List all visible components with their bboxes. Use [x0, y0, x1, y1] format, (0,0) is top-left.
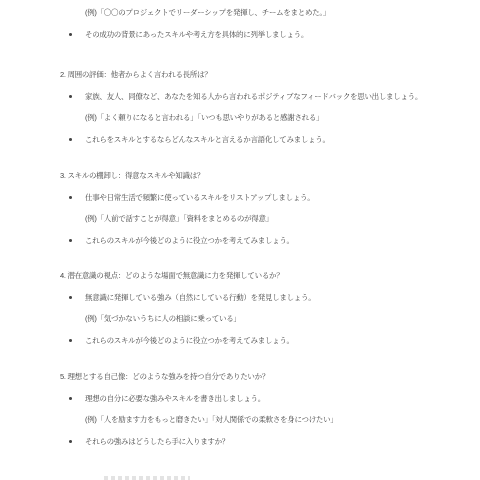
- bullet-item: 仕事や日常生活で頻繁に使っているスキルをリストアップしましょう。: [0, 187, 480, 209]
- bullet-text: これらのスキルが今後どのように役立つかを考えてみましょう。: [85, 336, 294, 345]
- bullet-icon: [69, 95, 72, 98]
- section-heading: 5. 理想とする自己像：どのような強みを持つ自分でありたいか？: [0, 366, 480, 388]
- bullet-text: 仕事や日常生活で頻繁に使っているスキルをリストアップしましょう。: [85, 193, 314, 202]
- example-line: (例)「〇〇のプロジェクトでリーダーシップを発揮し、チームをまとめた。」: [0, 2, 480, 24]
- bullet-icon: [69, 339, 72, 342]
- bullet-icon: [69, 196, 72, 199]
- section-heading: 2. 周囲の評価：他者からよく言われる長所は？: [0, 64, 480, 86]
- bullet-item: 家族、友人、同僚など、あなたを知る人から言われるポジティブなフィードバックを思い…: [0, 86, 480, 108]
- bullet-item: これらのスキルが今後どのように役立つかを考えてみましょう。: [0, 230, 480, 252]
- bullet-text: これらのスキルが今後どのように役立つかを考えてみましょう。: [85, 236, 294, 245]
- partially-visible-next-line: [104, 476, 190, 480]
- example-line: (例)「よく頼りになると言われる」「いつも思いやりがあると感謝される」: [0, 107, 480, 129]
- bullet-icon: [69, 239, 72, 242]
- bullet-item: 理想の自分に必要な強みやスキルを書き出しましょう。: [0, 388, 480, 410]
- bullet-text: 無意識に発揮している強み（自然にしている行動）を発見しましょう。: [85, 293, 315, 302]
- bullet-item: その成功の背景にあったスキルや考え方を具体的に列挙しましょう。: [0, 24, 480, 46]
- section-5: 5. 理想とする自己像：どのような強みを持つ自分でありたいか？ 理想の自分に必要…: [0, 366, 480, 452]
- bullet-icon: [69, 138, 72, 141]
- bullet-icon: [69, 33, 72, 36]
- section-2: 2. 周囲の評価：他者からよく言われる長所は？ 家族、友人、同僚など、あなたを知…: [0, 64, 480, 150]
- bullet-text: これらをスキルとするならどんなスキルと言えるか言語化してみましょう。: [85, 135, 330, 144]
- section-heading: 4. 潜在意識の視点：どのような場面で無意識に力を発揮しているか？: [0, 265, 480, 287]
- section-4: 4. 潜在意識の視点：どのような場面で無意識に力を発揮しているか？ 無意識に発揮…: [0, 265, 480, 351]
- bullet-item: それらの強みはどうしたら手に入りますか？: [0, 431, 480, 453]
- bullet-text: それらの強みはどうしたら手に入りますか？: [85, 437, 229, 446]
- bullet-item: これらをスキルとするならどんなスキルと言えるか言語化してみましょう。: [0, 129, 480, 151]
- bullet-item: 無意識に発揮している強み（自然にしている行動）を発見しましょう。: [0, 287, 480, 309]
- example-line: (例)「人を励ます力をもっと磨きたい」「対人関係での柔軟さを身につけたい」: [0, 409, 480, 431]
- example-line: (例)「人前で話すことが得意」「資料をまとめるのが得意」: [0, 208, 480, 230]
- bullet-item: これらのスキルが今後どのように役立つかを考えてみましょう。: [0, 330, 480, 352]
- bullet-icon: [69, 397, 72, 400]
- bullet-icon: [69, 296, 72, 299]
- document-page: (例)「〇〇のプロジェクトでリーダーシップを発揮し、チームをまとめた。」 その成…: [0, 0, 480, 480]
- bullet-text: 理想の自分に必要な強みやスキルを書き出しましょう。: [85, 394, 265, 403]
- section-1-partial: (例)「〇〇のプロジェクトでリーダーシップを発揮し、チームをまとめた。」 その成…: [0, 2, 480, 45]
- section-3: 3. スキルの棚卸し：得意なスキルや知識は？ 仕事や日常生活で頻繁に使っているス…: [0, 165, 480, 251]
- bullet-text: 家族、友人、同僚など、あなたを知る人から言われるポジティブなフィードバックを思い…: [85, 92, 422, 101]
- example-line: (例)「気づかないうちに人の相談に乗っている」: [0, 308, 480, 330]
- section-heading: 3. スキルの棚卸し：得意なスキルや知識は？: [0, 165, 480, 187]
- bullet-icon: [69, 440, 72, 443]
- bullet-text: その成功の背景にあったスキルや考え方を具体的に列挙しましょう。: [85, 30, 308, 39]
